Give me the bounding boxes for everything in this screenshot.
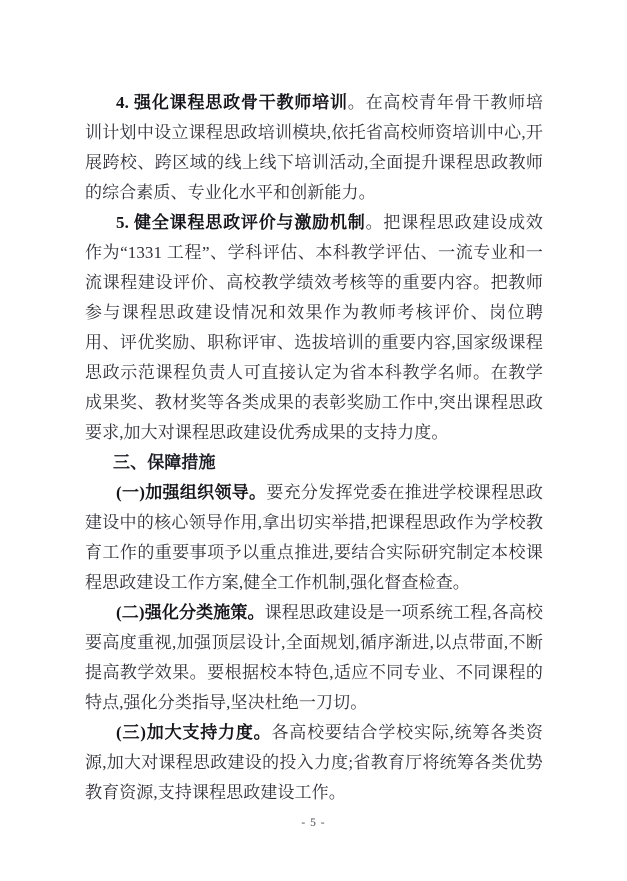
safeguard-1-title: (一)加强组织领导。 xyxy=(116,483,266,502)
safeguard-paragraph-2: (二)强化分类施策。课程思政建设是一项系统工程,各高校要高度重视,加强顶层设计,… xyxy=(85,598,543,718)
point-5-title: 5. 健全课程思政评价与激励机制 xyxy=(116,213,366,232)
safeguard-2-title: (二)强化分类施策。 xyxy=(116,603,265,622)
document-page: 4. 强化课程思政骨干教师培训。在高校青年骨干教师培训计划中设立课程思政培训模块… xyxy=(0,0,627,881)
page-number: - 5 - xyxy=(0,814,627,832)
safeguard-paragraph-1: (一)加强组织领导。要充分发挥党委在推进学校课程思政建设中的核心领导作用,拿出切… xyxy=(85,478,543,598)
point-5-text: 。把课程思政建设成效作为“1331 工程”、学科评估、本科教学评估、一流专业和一… xyxy=(85,213,543,442)
numbered-point-4: 4. 强化课程思政骨干教师培训。在高校青年骨干教师培训计划中设立课程思政培训模块… xyxy=(85,88,543,208)
document-body: 4. 强化课程思政骨干教师培训。在高校青年骨干教师培训计划中设立课程思政培训模块… xyxy=(85,88,543,808)
safeguard-3-title: (三)加大支持力度。 xyxy=(116,723,271,742)
numbered-point-5: 5. 健全课程思政评价与激励机制。把课程思政建设成效作为“1331 工程”、学科… xyxy=(85,208,543,448)
safeguard-paragraph-3: (三)加大支持力度。各高校要结合学校实际,统筹各类资源,加大对课程思政建设的投入… xyxy=(85,718,543,808)
point-4-title: 4. 强化课程思政骨干教师培训 xyxy=(116,93,348,112)
section-heading: 三、保障措施 xyxy=(85,448,543,478)
